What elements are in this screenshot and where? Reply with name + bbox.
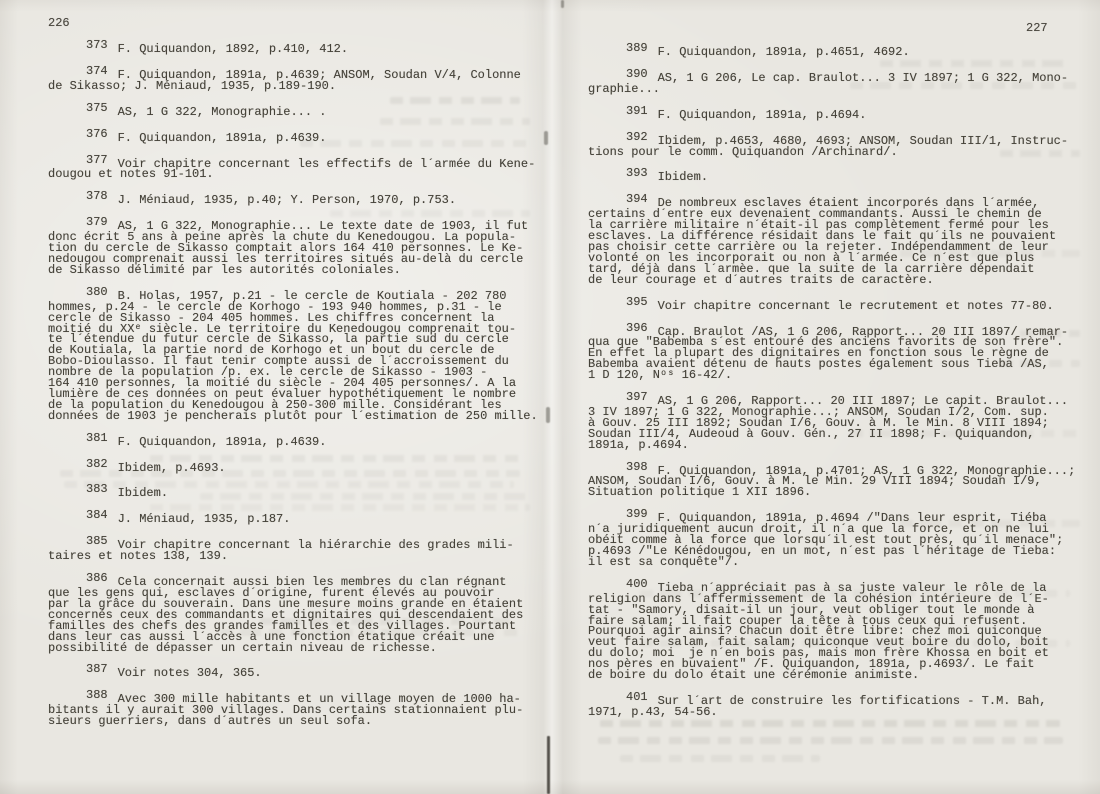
footnote: 388Avec 300 mille habitants et un villag… bbox=[48, 694, 553, 727]
binding-line bbox=[547, 736, 550, 794]
footnote: 377Voir chapitre concernant les effectif… bbox=[48, 159, 553, 181]
footnote: 373F. Quiquandon, 1892, p.410, 412. bbox=[48, 44, 553, 55]
footnote: 395Voir chapitre concernant le recruteme… bbox=[588, 301, 1093, 312]
footnote: 378J. Méniaud, 1935, p.40; Y. Person, 19… bbox=[48, 195, 553, 206]
footnote-number: 401 bbox=[626, 690, 648, 704]
ghost-bleed-line bbox=[200, 493, 530, 500]
footnote-text: Avec 300 mille habitants et un village m… bbox=[48, 692, 523, 728]
footnote-text: B. Holas, 1957, p.21 - le cercle de Kout… bbox=[48, 289, 538, 423]
book-scan-background: 226 227 373F. Quiquandon, 1892, p.410, 4… bbox=[0, 0, 1100, 794]
ghost-bleed-line bbox=[1020, 330, 1080, 337]
left-page-footnotes: 373F. Quiquandon, 1892, p.410, 412. 374F… bbox=[48, 44, 553, 742]
footnote-text: F. Quiquandon, 1892, p.410, 412. bbox=[118, 42, 348, 56]
footnote-number: 373 bbox=[86, 38, 108, 52]
footnote-number: 394 bbox=[626, 192, 648, 206]
footnote: 384J. Méniaud, 1935, p.187. bbox=[48, 514, 553, 525]
footnote: 380B. Holas, 1957, p.21 - le cercle de K… bbox=[48, 291, 553, 422]
ghost-bleed-line bbox=[598, 737, 1063, 744]
footnote: 386Cela concernait aussi bien les membre… bbox=[48, 577, 553, 653]
footnote-number: 385 bbox=[86, 534, 108, 548]
footnote-text: F. Quiquandon, 1891a, p.4694. bbox=[658, 108, 867, 122]
ghost-bleed-line bbox=[64, 481, 514, 488]
ghost-bleed-line bbox=[380, 118, 530, 125]
footnote-text: Sur l´art de construire les fortificatio… bbox=[588, 694, 1046, 719]
footnote-text: Cap. Braulot /AS, 1 G 206, Rapport... 20… bbox=[588, 325, 1068, 383]
footnote-number: 392 bbox=[626, 130, 648, 144]
footnote: 393Ibidem. bbox=[588, 172, 1093, 183]
footnote-number: 377 bbox=[86, 153, 108, 167]
footnote-text: F. Quiquandon, 1891a, p.4639. bbox=[118, 131, 327, 145]
ghost-bleed-line bbox=[600, 720, 1060, 727]
footnote-text: F. Quiquandon, 1891a, p.4651, 4692. bbox=[658, 45, 910, 59]
footnote-number: 396 bbox=[626, 321, 648, 335]
footnote-number: 378 bbox=[86, 189, 108, 203]
ghost-bleed-line bbox=[300, 140, 530, 147]
ghost-bleed-line bbox=[150, 504, 530, 511]
footnote: 398F. Quiquandon, 1891a, p.4701; AS, 1 G… bbox=[588, 466, 1093, 499]
ghost-bleed-line bbox=[260, 618, 510, 625]
ghost-bleed-line bbox=[330, 210, 530, 217]
footnote-number: 379 bbox=[86, 215, 108, 229]
ghost-bleed-line bbox=[640, 590, 1070, 597]
footnote-number: 395 bbox=[626, 295, 648, 309]
ghost-bleed-line bbox=[900, 520, 1080, 527]
footnote-number: 399 bbox=[626, 507, 648, 521]
footnote-number: 381 bbox=[86, 431, 108, 445]
ghost-bleed-line bbox=[150, 455, 520, 462]
binding-stitch-mark bbox=[561, 0, 564, 8]
footnote-number: 375 bbox=[86, 101, 108, 115]
footnote-text: Ibidem. bbox=[118, 486, 168, 500]
footnote-text: AS, 1 G 322, Monographie... . bbox=[118, 105, 327, 119]
footnote-number: 382 bbox=[86, 457, 108, 471]
footnote-number: 400 bbox=[626, 577, 648, 591]
footnote-number: 398 bbox=[626, 460, 648, 474]
ghost-bleed-line bbox=[390, 97, 520, 104]
footnote-number: 393 bbox=[626, 166, 648, 180]
footnote-number: 380 bbox=[86, 285, 108, 299]
footnote-number: 376 bbox=[86, 127, 108, 141]
footnote-text: AS, 1 G 206, Rapport... 20 III 1897; Le … bbox=[588, 394, 1068, 452]
footnote-number: 389 bbox=[626, 41, 648, 55]
footnote-number: 397 bbox=[626, 390, 648, 404]
footnote: 389F. Quiquandon, 1891a, p.4651, 4692. bbox=[588, 47, 1093, 58]
footnote: 400Tieba n´appréciait pas à sa juste val… bbox=[588, 583, 1093, 681]
ghost-bleed-line bbox=[620, 755, 820, 762]
footnote: 387Voir notes 304, 365. bbox=[48, 668, 553, 679]
footnote-number: 387 bbox=[86, 662, 108, 676]
footnote-text: Cela concernait aussi bien les membres d… bbox=[48, 575, 523, 654]
footnote: 401Sur l´art de construire les fortifica… bbox=[588, 696, 1093, 718]
footnote-text: Voir notes 304, 365. bbox=[118, 666, 262, 680]
footnote-number: 384 bbox=[86, 508, 108, 522]
ghost-bleed-line bbox=[1000, 150, 1080, 157]
footnote-text: J. Méniaud, 1935, p.40; Y. Person, 1970,… bbox=[118, 193, 456, 207]
page-number-left: 226 bbox=[48, 16, 70, 30]
ghost-bleed-line bbox=[640, 640, 1070, 647]
page-number-right: 227 bbox=[1026, 21, 1048, 35]
footnote-text: Ibidem, p.4653, 4680, 4693; ANSOM, Souda… bbox=[588, 134, 1068, 159]
ghost-bleed-line bbox=[60, 470, 520, 477]
footnote: 385Voir chapitre concernant la hiérarchi… bbox=[48, 540, 553, 562]
footnote-text: AS, 1 G 322, Monographie... Le texte dat… bbox=[48, 219, 528, 277]
footnote-text: J. Méniaud, 1935, p.187. bbox=[118, 512, 291, 526]
footnote-text: De nombreux esclaves étaient incorporés … bbox=[588, 196, 1056, 286]
footnote-number: 390 bbox=[626, 67, 648, 81]
footnote-number: 374 bbox=[86, 64, 108, 78]
footnote: 397AS, 1 G 206, Rapport... 20 III 1897; … bbox=[588, 396, 1093, 451]
footnote: 396Cap. Braulot /AS, 1 G 206, Rapport...… bbox=[588, 327, 1093, 382]
footnote-text: Voir chapitre concernant la hiérarchie d… bbox=[48, 538, 514, 563]
ghost-bleed-line bbox=[850, 430, 1080, 437]
footnote: 394De nombreux esclaves étaient incorpor… bbox=[588, 198, 1093, 285]
footnote-text: Ibidem. bbox=[658, 170, 708, 184]
ghost-bleed-line bbox=[850, 82, 1080, 89]
footnote: 374F. Quiquandon, 1891a, p.4639; ANSOM, … bbox=[48, 70, 553, 92]
footnote: 379AS, 1 G 322, Monographie... Le texte … bbox=[48, 221, 553, 276]
footnote-text: Voir chapitre concernant le recrutement … bbox=[658, 299, 1054, 313]
footnote-text: Voir chapitre concernant les effectifs d… bbox=[48, 157, 535, 182]
footnote-number: 391 bbox=[626, 104, 648, 118]
ghost-bleed-line bbox=[220, 629, 520, 636]
footnote-number: 388 bbox=[86, 688, 108, 702]
footnote-text: F. Quiquandon, 1891a, p.4639; ANSOM, Sou… bbox=[48, 68, 521, 93]
footnote: 391F. Quiquandon, 1891a, p.4694. bbox=[588, 110, 1093, 121]
footnote-text: F. Quiquandon, 1891a, p.4639. bbox=[118, 435, 327, 449]
footnote: 381F. Quiquandon, 1891a, p.4639. bbox=[48, 437, 553, 448]
footnote: 375AS, 1 G 322, Monographie... . bbox=[48, 107, 553, 118]
ghost-bleed-line bbox=[900, 250, 1080, 257]
footnote-text: F. Quiquandon, 1891a, p.4701; AS, 1 G 32… bbox=[588, 464, 1075, 500]
footnote-number: 386 bbox=[86, 571, 108, 585]
ghost-bleed-line bbox=[880, 60, 1070, 67]
ghost-bleed-line bbox=[1000, 360, 1080, 367]
